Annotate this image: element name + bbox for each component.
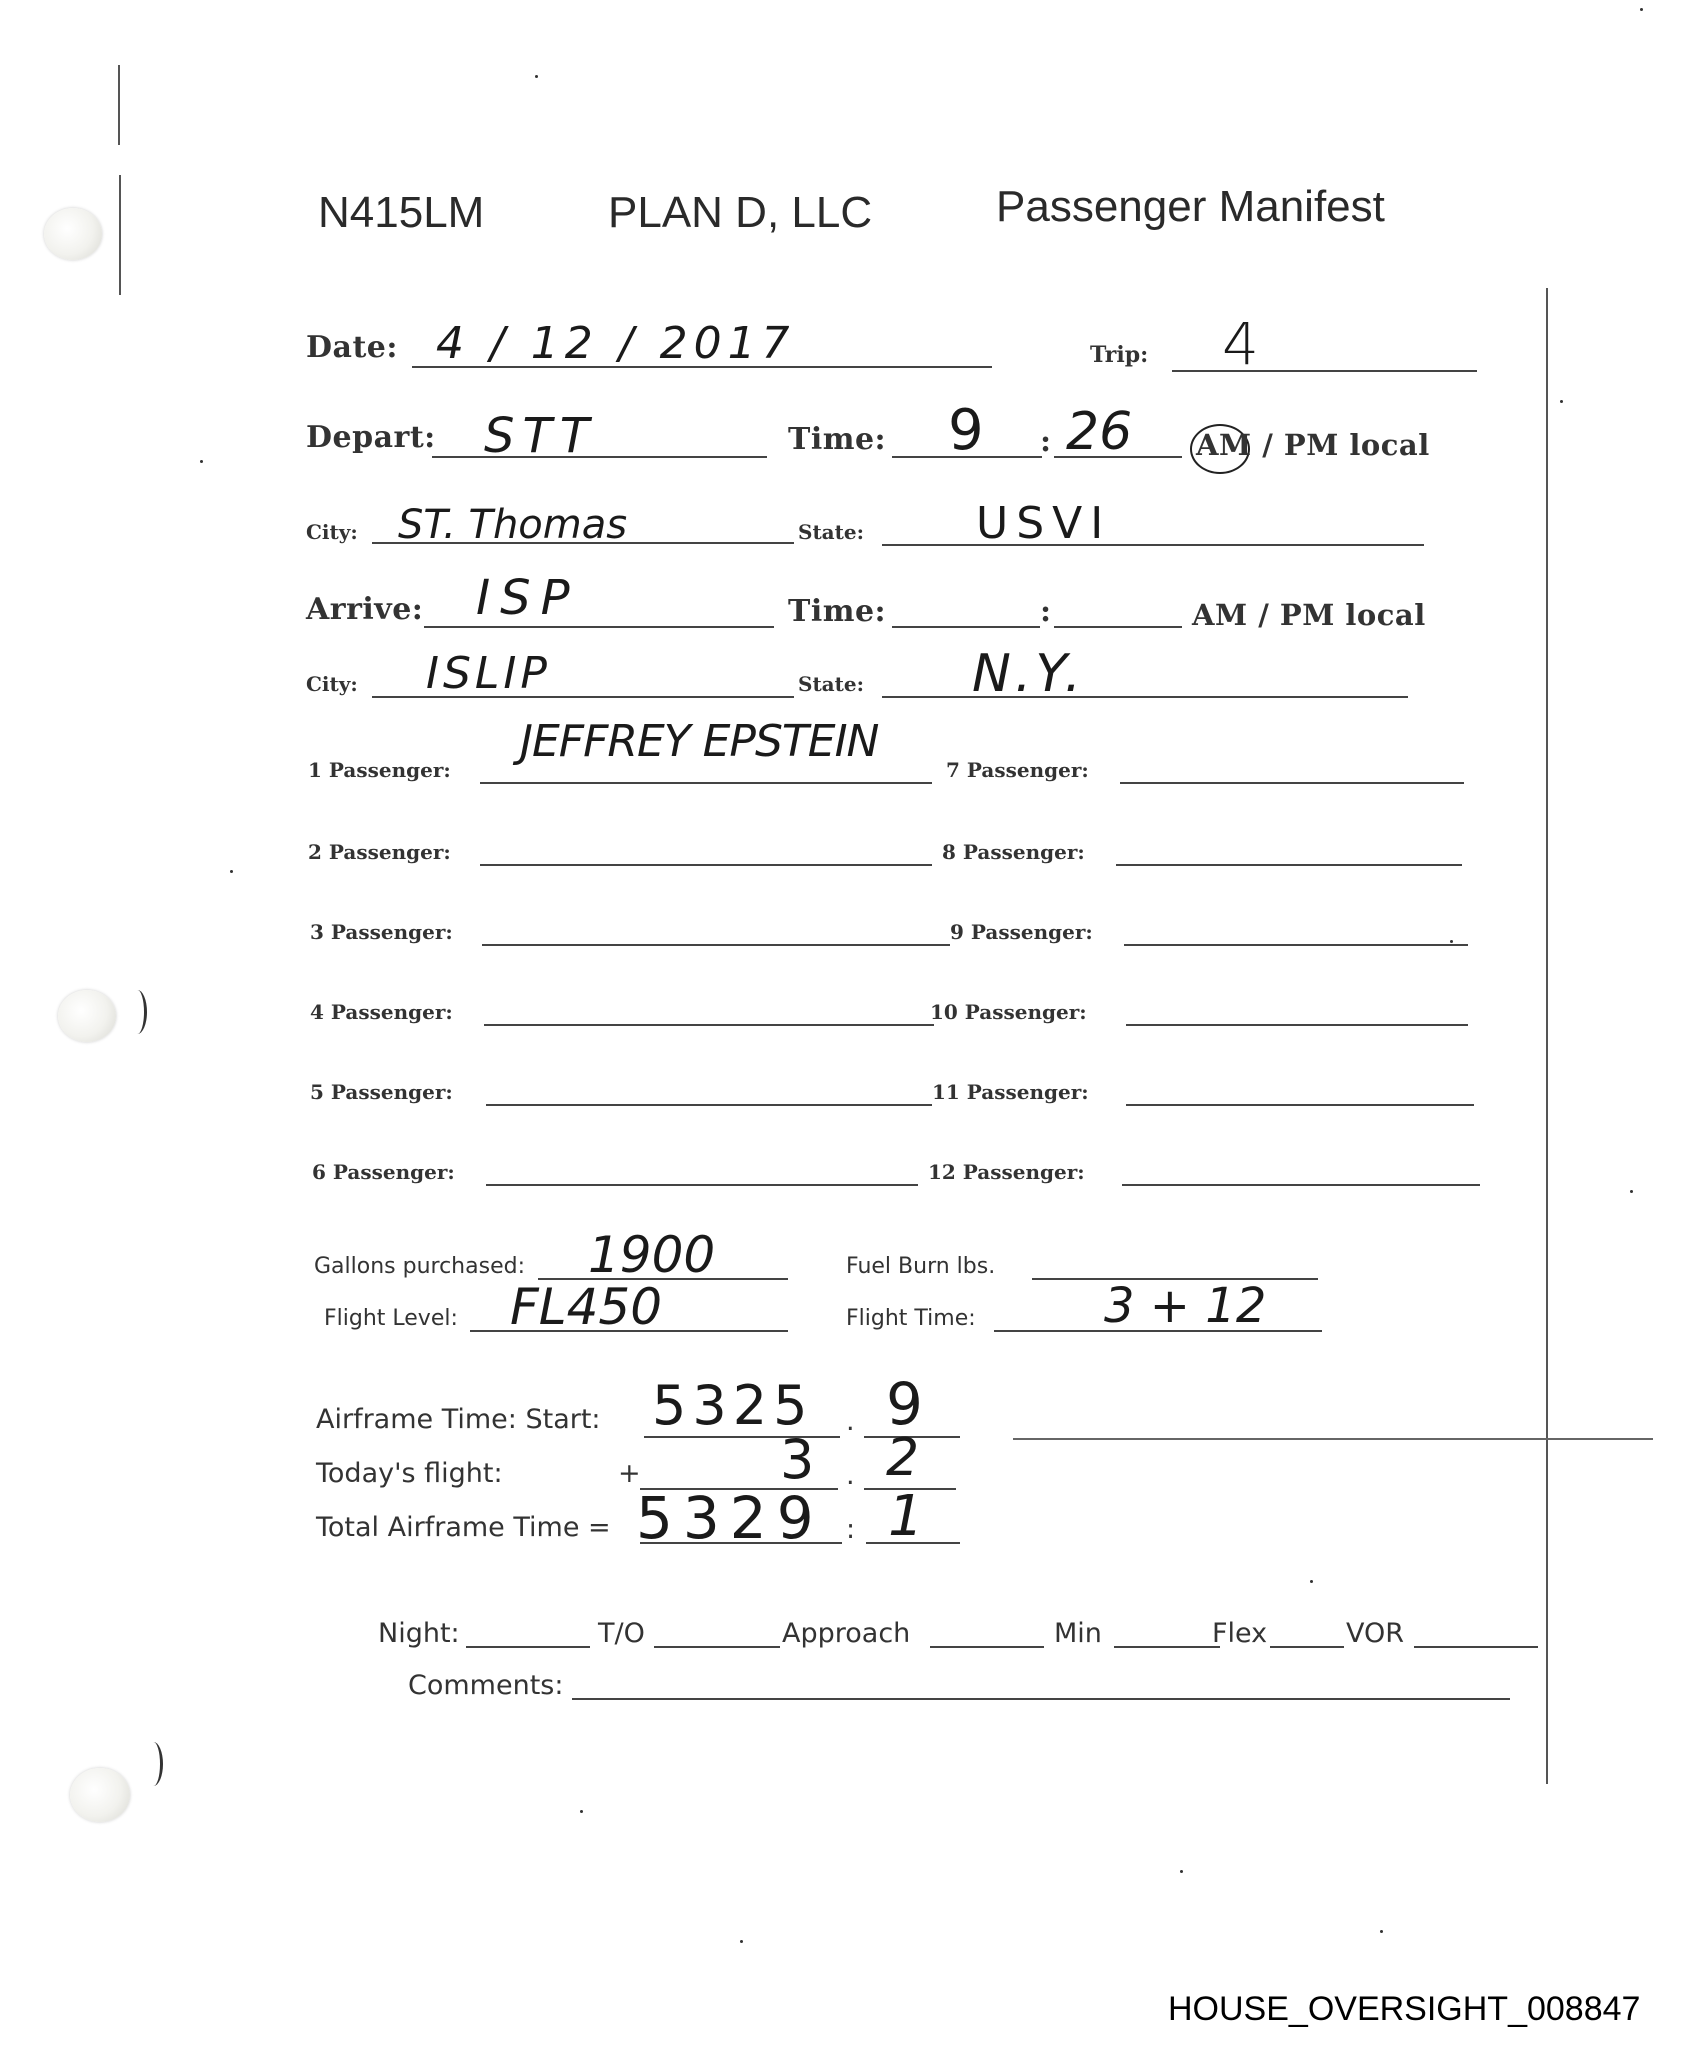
arrive-label: Arrive: <box>306 592 423 627</box>
passenger-11-line <box>1126 1104 1474 1106</box>
today-dot: . <box>846 1460 855 1491</box>
binder-hole-bottom <box>70 1768 130 1822</box>
night-line <box>466 1646 590 1648</box>
today-flight-label: Today's flight: <box>316 1458 503 1489</box>
depart-city-value[interactable]: ST. Thomas <box>398 502 627 548</box>
total-dot: : <box>846 1514 855 1545</box>
arrive-hour-line <box>892 626 1040 628</box>
passenger-8-label: 8 Passenger: <box>942 840 1085 864</box>
scan-speck <box>1630 1190 1633 1193</box>
depart-field-line <box>432 456 767 458</box>
passenger-2-line <box>480 864 932 866</box>
arrive-state-line <box>882 696 1408 698</box>
scan-speck <box>580 1810 583 1813</box>
total-airframe-label: Total Airframe Time = <box>316 1512 611 1543</box>
flex-label: Flex <box>1212 1618 1267 1649</box>
passenger-3-line <box>482 944 950 946</box>
gallons-value[interactable]: 1900 <box>588 1226 715 1284</box>
right-cross-rule <box>1013 1438 1653 1440</box>
passenger-2-label: 2 Passenger: <box>308 840 451 864</box>
scan-speck <box>535 75 538 78</box>
depart-time-hour[interactable]: 9 <box>948 398 984 463</box>
passenger-12-line <box>1122 1184 1480 1186</box>
passenger-5-label: 5 Passenger: <box>310 1080 453 1104</box>
comments-label: Comments: <box>408 1670 563 1701</box>
passenger-12-label: 12 Passenger: <box>928 1160 1085 1184</box>
depart-time-label: Time: <box>788 422 886 457</box>
right-border-rule <box>1546 288 1548 1784</box>
passenger-1-value[interactable]: JEFFREY EPSTEIN <box>520 716 878 767</box>
depart-time-minute[interactable]: 26 <box>1066 402 1132 462</box>
left-margin-mark-lower <box>119 175 121 295</box>
scan-speck <box>1640 8 1643 11</box>
night-label: Night: <box>378 1618 460 1649</box>
arrive-minute-line <box>1054 626 1182 628</box>
passenger-10-label: 10 Passenger: <box>930 1000 1087 1024</box>
scan-speck <box>1450 940 1453 943</box>
depart-label: Depart: <box>306 420 436 455</box>
arrive-value[interactable]: ISP <box>476 570 580 626</box>
depart-ampm-local[interactable]: AM / PM local <box>1196 428 1430 462</box>
passenger-6-line <box>486 1184 918 1186</box>
fuel-burn-label: Fuel Burn lbs. <box>846 1254 995 1279</box>
scan-speck <box>200 460 203 463</box>
flight-level-label: Flight Level: <box>324 1306 458 1331</box>
time-colon: : <box>1040 424 1052 459</box>
min-label: Min <box>1054 1618 1102 1649</box>
date-value[interactable]: 4 / 12 / 2017 <box>436 318 796 369</box>
passenger-3-label: 3 Passenger: <box>310 920 453 944</box>
depart-state-line <box>882 544 1424 546</box>
total-whole[interactable]: 5329 <box>636 1484 824 1552</box>
passenger-9-line <box>1124 944 1468 946</box>
scan-speck <box>740 1940 743 1943</box>
arrive-state-label: State: <box>798 672 864 696</box>
document-title: Passenger Manifest <box>996 182 1385 232</box>
trip-field-line <box>1172 370 1477 372</box>
arrive-state-value[interactable]: N.Y. <box>972 644 1085 704</box>
passenger-4-label: 4 Passenger: <box>310 1000 453 1024</box>
scan-speck <box>1380 1930 1383 1933</box>
arrive-time-label: Time: <box>788 594 886 629</box>
flight-time-value[interactable]: 3 + 12 <box>1104 1278 1266 1334</box>
passenger-6-label: 6 Passenger: <box>312 1160 455 1184</box>
scan-speck <box>230 870 233 873</box>
passenger-10-line <box>1126 1024 1468 1026</box>
passenger-1-label: 1 Passenger: <box>308 758 451 782</box>
arrive-city-label: City: <box>306 672 358 696</box>
trip-value[interactable]: 4 <box>1222 310 1259 378</box>
arrive-city-value[interactable]: ISLIP <box>426 648 551 699</box>
approach-line <box>930 1646 1044 1648</box>
vor-line <box>1414 1646 1538 1648</box>
arrive-time-colon: : <box>1040 594 1052 629</box>
min-line <box>1114 1646 1220 1648</box>
comments-line <box>572 1698 1510 1700</box>
left-margin-mark <box>118 65 120 145</box>
passenger-4-line <box>484 1024 934 1026</box>
hole-arc-middle <box>128 990 147 1034</box>
date-label: Date: <box>306 330 398 365</box>
approach-label: Approach <box>782 1618 910 1649</box>
to-line <box>654 1646 780 1648</box>
passenger-11-label: 11 Passenger: <box>932 1080 1089 1104</box>
tail-number: N415LM <box>318 188 484 238</box>
scan-speck <box>1310 1580 1313 1583</box>
binder-hole-middle <box>58 990 116 1042</box>
passenger-8-line <box>1116 864 1462 866</box>
flex-line <box>1270 1646 1344 1648</box>
depart-value[interactable]: STT <box>484 408 597 464</box>
arrive-field-line <box>424 626 774 628</box>
binder-hole-top <box>44 208 102 260</box>
flight-level-value[interactable]: FL450 <box>510 1278 662 1336</box>
arrive-ampm-local[interactable]: AM / PM local <box>1192 598 1426 632</box>
to-label: T/O <box>598 1618 645 1649</box>
scan-speck <box>1560 400 1563 403</box>
bates-number: HOUSE_OVERSIGHT_008847 <box>1168 1990 1640 2029</box>
trip-label: Trip: <box>1090 342 1148 368</box>
hole-arc-bottom <box>144 1742 163 1786</box>
airframe-start-label: Airframe Time: Start: <box>316 1404 601 1435</box>
flight-time-label: Flight Time: <box>846 1306 976 1331</box>
depart-state-value[interactable]: USVI <box>976 498 1111 549</box>
passenger-7-label: 7 Passenger: <box>946 758 1089 782</box>
gallons-label: Gallons purchased: <box>314 1254 525 1279</box>
passenger-9-label: 9 Passenger: <box>950 920 1093 944</box>
scan-speck <box>1180 1870 1183 1873</box>
company-name: PLAN D, LLC <box>608 188 872 238</box>
today-whole[interactable]: 3 <box>780 1428 814 1491</box>
today-tenths[interactable]: 2 <box>886 1428 919 1488</box>
depart-city-label: City: <box>306 520 358 544</box>
vor-label: VOR <box>1346 1618 1404 1649</box>
passenger-1-line <box>480 782 932 784</box>
total-tenths[interactable]: 1 <box>888 1484 924 1549</box>
passenger-7-line <box>1120 782 1464 784</box>
depart-state-label: State: <box>798 520 864 544</box>
airframe-start-dot: . <box>846 1406 855 1437</box>
passenger-5-line <box>486 1104 932 1106</box>
